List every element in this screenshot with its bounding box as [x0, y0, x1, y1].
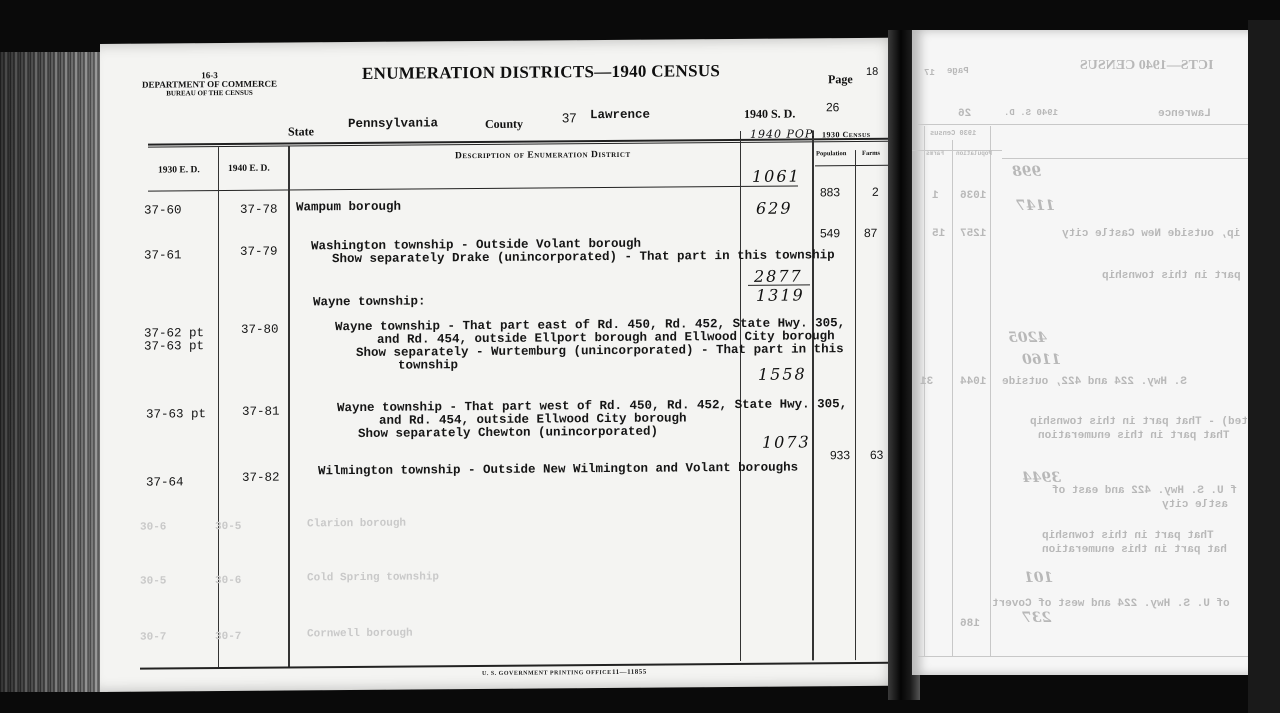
- bleed-line: That part in this enumeration: [1038, 430, 1229, 442]
- description-line: Show separately Chewton (unincorporated): [358, 425, 658, 441]
- table-bottom-rule: [140, 662, 900, 670]
- ghost-description: Cold Spring township: [307, 571, 439, 584]
- county-number: 37: [562, 110, 576, 125]
- ed1930: 37-60: [144, 203, 182, 217]
- pop1930: 549: [820, 226, 840, 240]
- pop-handwritten: 1061: [752, 166, 801, 185]
- county-value: Lawrence: [590, 108, 650, 122]
- bleed-title: ICTS—1940 CENSUS: [1080, 58, 1213, 74]
- bleed-page-label: Page: [947, 66, 969, 76]
- bleed-rule: [918, 656, 1248, 657]
- bleed-line: f U. S. Hwy. 422 and east of: [1052, 485, 1237, 497]
- bleed-handwritten: 1160: [1022, 352, 1061, 368]
- col-divider-4: [812, 130, 814, 660]
- bleed-sd-label: 1940 S. D.: [1004, 108, 1058, 118]
- header-1930-census: 1930 Census: [822, 130, 871, 139]
- bleed-rule: [918, 124, 1248, 125]
- bleed-header-census: 1930 Census: [930, 130, 976, 138]
- bureau-name: BUREAU OF THE CENSUS: [142, 89, 277, 99]
- bleed-line: of U. S. Hwy. 224 and west of Covert: [992, 598, 1230, 610]
- header-bottom-rule: [148, 186, 798, 192]
- page-title: ENUMERATION DISTRICTS—1940 CENSUS: [362, 61, 720, 84]
- ghost-description: Clarion borough: [307, 518, 406, 531]
- bleed-handwritten: 237: [1022, 610, 1051, 626]
- ed1940: 37-78: [240, 203, 278, 217]
- bleed-line: ted) - That part in this township: [1030, 416, 1248, 428]
- ed1940: 37-82: [242, 471, 280, 485]
- ed1940: 37-79: [240, 245, 278, 259]
- bleed-header-population: Population: [956, 150, 992, 157]
- ed1930: 37-64: [146, 475, 184, 489]
- bleed-farms: 1: [932, 190, 939, 202]
- col-divider-2: [288, 147, 290, 667]
- description-line: Wayne township:: [313, 294, 426, 309]
- ghost-ed1940: 30-5: [215, 521, 241, 533]
- bleed-page-number: 17: [924, 68, 935, 78]
- ghost-ed1940: 30-7: [215, 631, 241, 643]
- ed1930: 37-61: [144, 248, 182, 262]
- bleed-value: 1036: [960, 190, 986, 202]
- col-divider-5: [855, 150, 856, 660]
- description-line: Wilmington township - Outside New Wilmin…: [318, 461, 798, 479]
- farms1930: 87: [864, 226, 877, 240]
- bleed-handwritten: 1147: [1016, 198, 1055, 214]
- header-1930-ed: 1930 E. D.: [158, 165, 200, 175]
- bleed-header-farms: Farms: [926, 150, 944, 157]
- bleed-handwritten: 101: [1024, 570, 1053, 586]
- sd-number: 26: [826, 100, 839, 114]
- header-farms: Farms: [862, 150, 880, 157]
- pop-handwritten: 629: [756, 199, 793, 218]
- header-description: Description of Enumeration District: [455, 150, 631, 161]
- bleed-handwritten: 3944: [1022, 470, 1061, 486]
- background-dark-edge: [1248, 20, 1280, 713]
- farms1930: 63: [870, 448, 883, 462]
- bleed-handwritten: 998: [1012, 164, 1041, 180]
- description-line: township: [398, 358, 458, 372]
- state-label: State: [288, 124, 314, 139]
- bleed-value: 186: [960, 618, 980, 630]
- ghost-ed1940: 30-6: [215, 575, 241, 587]
- census-page-left: 16-3 DEPARTMENT OF COMMERCE BUREAU OF TH…: [100, 38, 900, 692]
- pop1930: 883: [820, 185, 840, 199]
- footer-printer: U. S. GOVERNMENT PRINTING OFFICE: [482, 670, 612, 677]
- description-line: Wampum borough: [296, 200, 401, 215]
- bleed-line: astle city: [1162, 499, 1228, 511]
- bleed-value: 1257: [960, 228, 986, 240]
- bleed-rule: [990, 126, 991, 656]
- pop-handwritten: 1558: [758, 364, 807, 383]
- ed1940: 37-80: [241, 323, 279, 337]
- ghost-ed1930: 30-5: [140, 575, 166, 587]
- footer-code: 11—11855: [612, 668, 647, 676]
- bleed-sd-number: 26: [958, 108, 971, 120]
- ed1940: 37-81: [242, 405, 280, 419]
- pop1930: 933: [830, 448, 850, 462]
- state-value: Pennsylvania: [348, 116, 438, 131]
- bleed-handwritten: 4205: [1008, 330, 1047, 346]
- bleed-line: hat part in this enumeration: [1042, 544, 1227, 556]
- ghost-ed1930: 30-6: [140, 521, 166, 533]
- ghost-description: Cornwell borough: [307, 628, 413, 641]
- bleed-line: t part in this township: [1102, 270, 1254, 282]
- census-page-right-bleedthrough: ICTS—1940 CENSUS 17 Page 26 1940 S. D. L…: [912, 30, 1248, 675]
- ghost-ed1930: 30-7: [140, 631, 166, 643]
- description-line: Show separately Drake (unincorporated) -…: [332, 248, 835, 266]
- bleed-line: S. Hwy. 224 and 422, outside: [1002, 376, 1187, 388]
- bleed-rule: [1002, 158, 1248, 159]
- ed1930-secondary: 37-63 pt: [144, 339, 204, 353]
- col-divider-3: [740, 131, 741, 661]
- bleed-rule: [924, 126, 925, 656]
- bleed-farms: 31: [920, 376, 933, 388]
- county-label: County: [485, 117, 523, 132]
- col-divider-1: [218, 147, 219, 667]
- bleed-rule: [952, 140, 953, 656]
- header-1940-pop-handwritten: 1940 POP.: [750, 128, 816, 140]
- header-population: Population: [816, 150, 846, 157]
- sd-label: 1940 S. D.: [744, 107, 795, 122]
- page-number: 18: [866, 66, 878, 78]
- page-label: Page: [828, 72, 853, 87]
- bleed-line: That part in this township: [1042, 530, 1214, 542]
- pop-handwritten: 2877: [754, 266, 803, 285]
- pop-handwritten: 1073: [762, 432, 811, 451]
- bleed-county: Lawrence: [1158, 108, 1211, 120]
- farms1930: 2: [872, 185, 879, 199]
- ed1930: 37-63 pt: [146, 407, 206, 421]
- pop-handwritten: 1319: [756, 285, 805, 304]
- bleed-farms: 15: [932, 228, 945, 240]
- header-1940-ed: 1940 E. D.: [228, 164, 270, 174]
- book-page-edges: [0, 52, 108, 692]
- bleed-line: ip, outside New Castle city: [1062, 228, 1240, 240]
- department-header: 16-3 DEPARTMENT OF COMMERCE BUREAU OF TH…: [142, 71, 277, 99]
- bleed-value: 1044: [960, 376, 986, 388]
- description-line: Show separately - Wurtemburg (unincorpor…: [356, 342, 844, 360]
